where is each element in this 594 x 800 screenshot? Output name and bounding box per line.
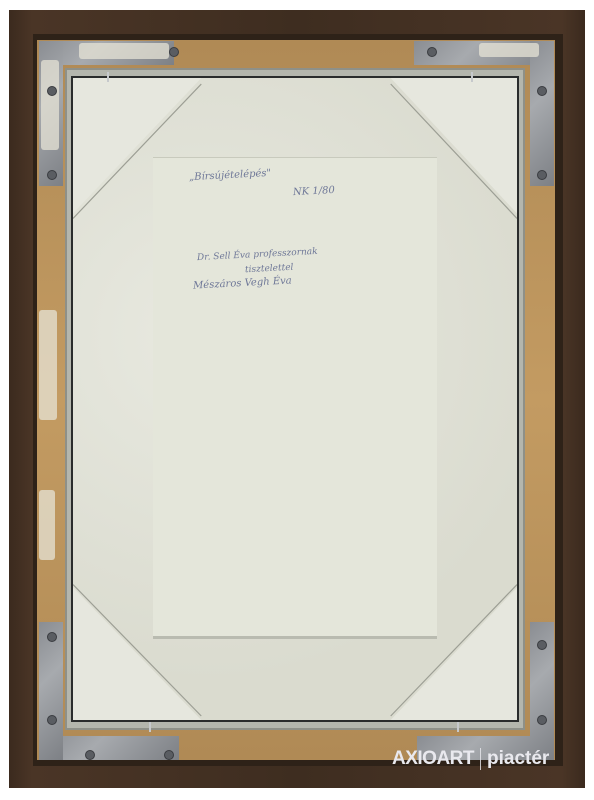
wire-hook	[149, 722, 151, 732]
screw	[85, 750, 95, 760]
inscription-line1: Dr. Sell Éva professzornak	[197, 247, 318, 263]
screw	[47, 715, 57, 725]
wire-hook	[107, 72, 109, 82]
backing-board: „Bírsújételépés" NK 1/80 Dr. Sell Éva pr…	[71, 76, 519, 722]
paint-smear	[41, 60, 59, 150]
screw	[169, 47, 179, 57]
screw	[164, 750, 174, 760]
inscription-number: NK 1/80	[293, 185, 335, 198]
inner-metal-frame: „Bírsújételépés" NK 1/80 Dr. Sell Éva pr…	[65, 68, 525, 730]
watermark-separator	[480, 748, 481, 770]
axioart-watermark: AXIOART piactér	[392, 748, 549, 770]
bracket-top-right-v	[530, 41, 554, 186]
screw	[47, 170, 57, 180]
screw	[537, 86, 547, 96]
central-panel: „Bírsújételépés" NK 1/80 Dr. Sell Éva pr…	[153, 158, 437, 636]
inscription-line3: Mészáros Vegh Éva	[193, 275, 292, 291]
screw	[47, 632, 57, 642]
paint-smear	[479, 43, 539, 57]
bracket-bottom-left-v	[39, 622, 63, 760]
screw	[537, 640, 547, 650]
screw	[537, 170, 547, 180]
paint-smear	[39, 490, 55, 560]
watermark-sub: piactér	[487, 748, 549, 770]
screw	[427, 47, 437, 57]
screw	[537, 715, 547, 725]
paint-smear	[79, 43, 169, 59]
inscription-title: „Bírsújételépés"	[189, 168, 272, 183]
paint-smear	[39, 310, 57, 420]
watermark-brand: AXIOART	[392, 748, 474, 770]
screw	[47, 86, 57, 96]
artwork-back-photo: „Bírsújételépés" NK 1/80 Dr. Sell Éva pr…	[9, 10, 585, 788]
inscription-line2: tisztelettel	[245, 263, 294, 276]
wire-hook	[471, 72, 473, 82]
wire-hook	[457, 722, 459, 732]
